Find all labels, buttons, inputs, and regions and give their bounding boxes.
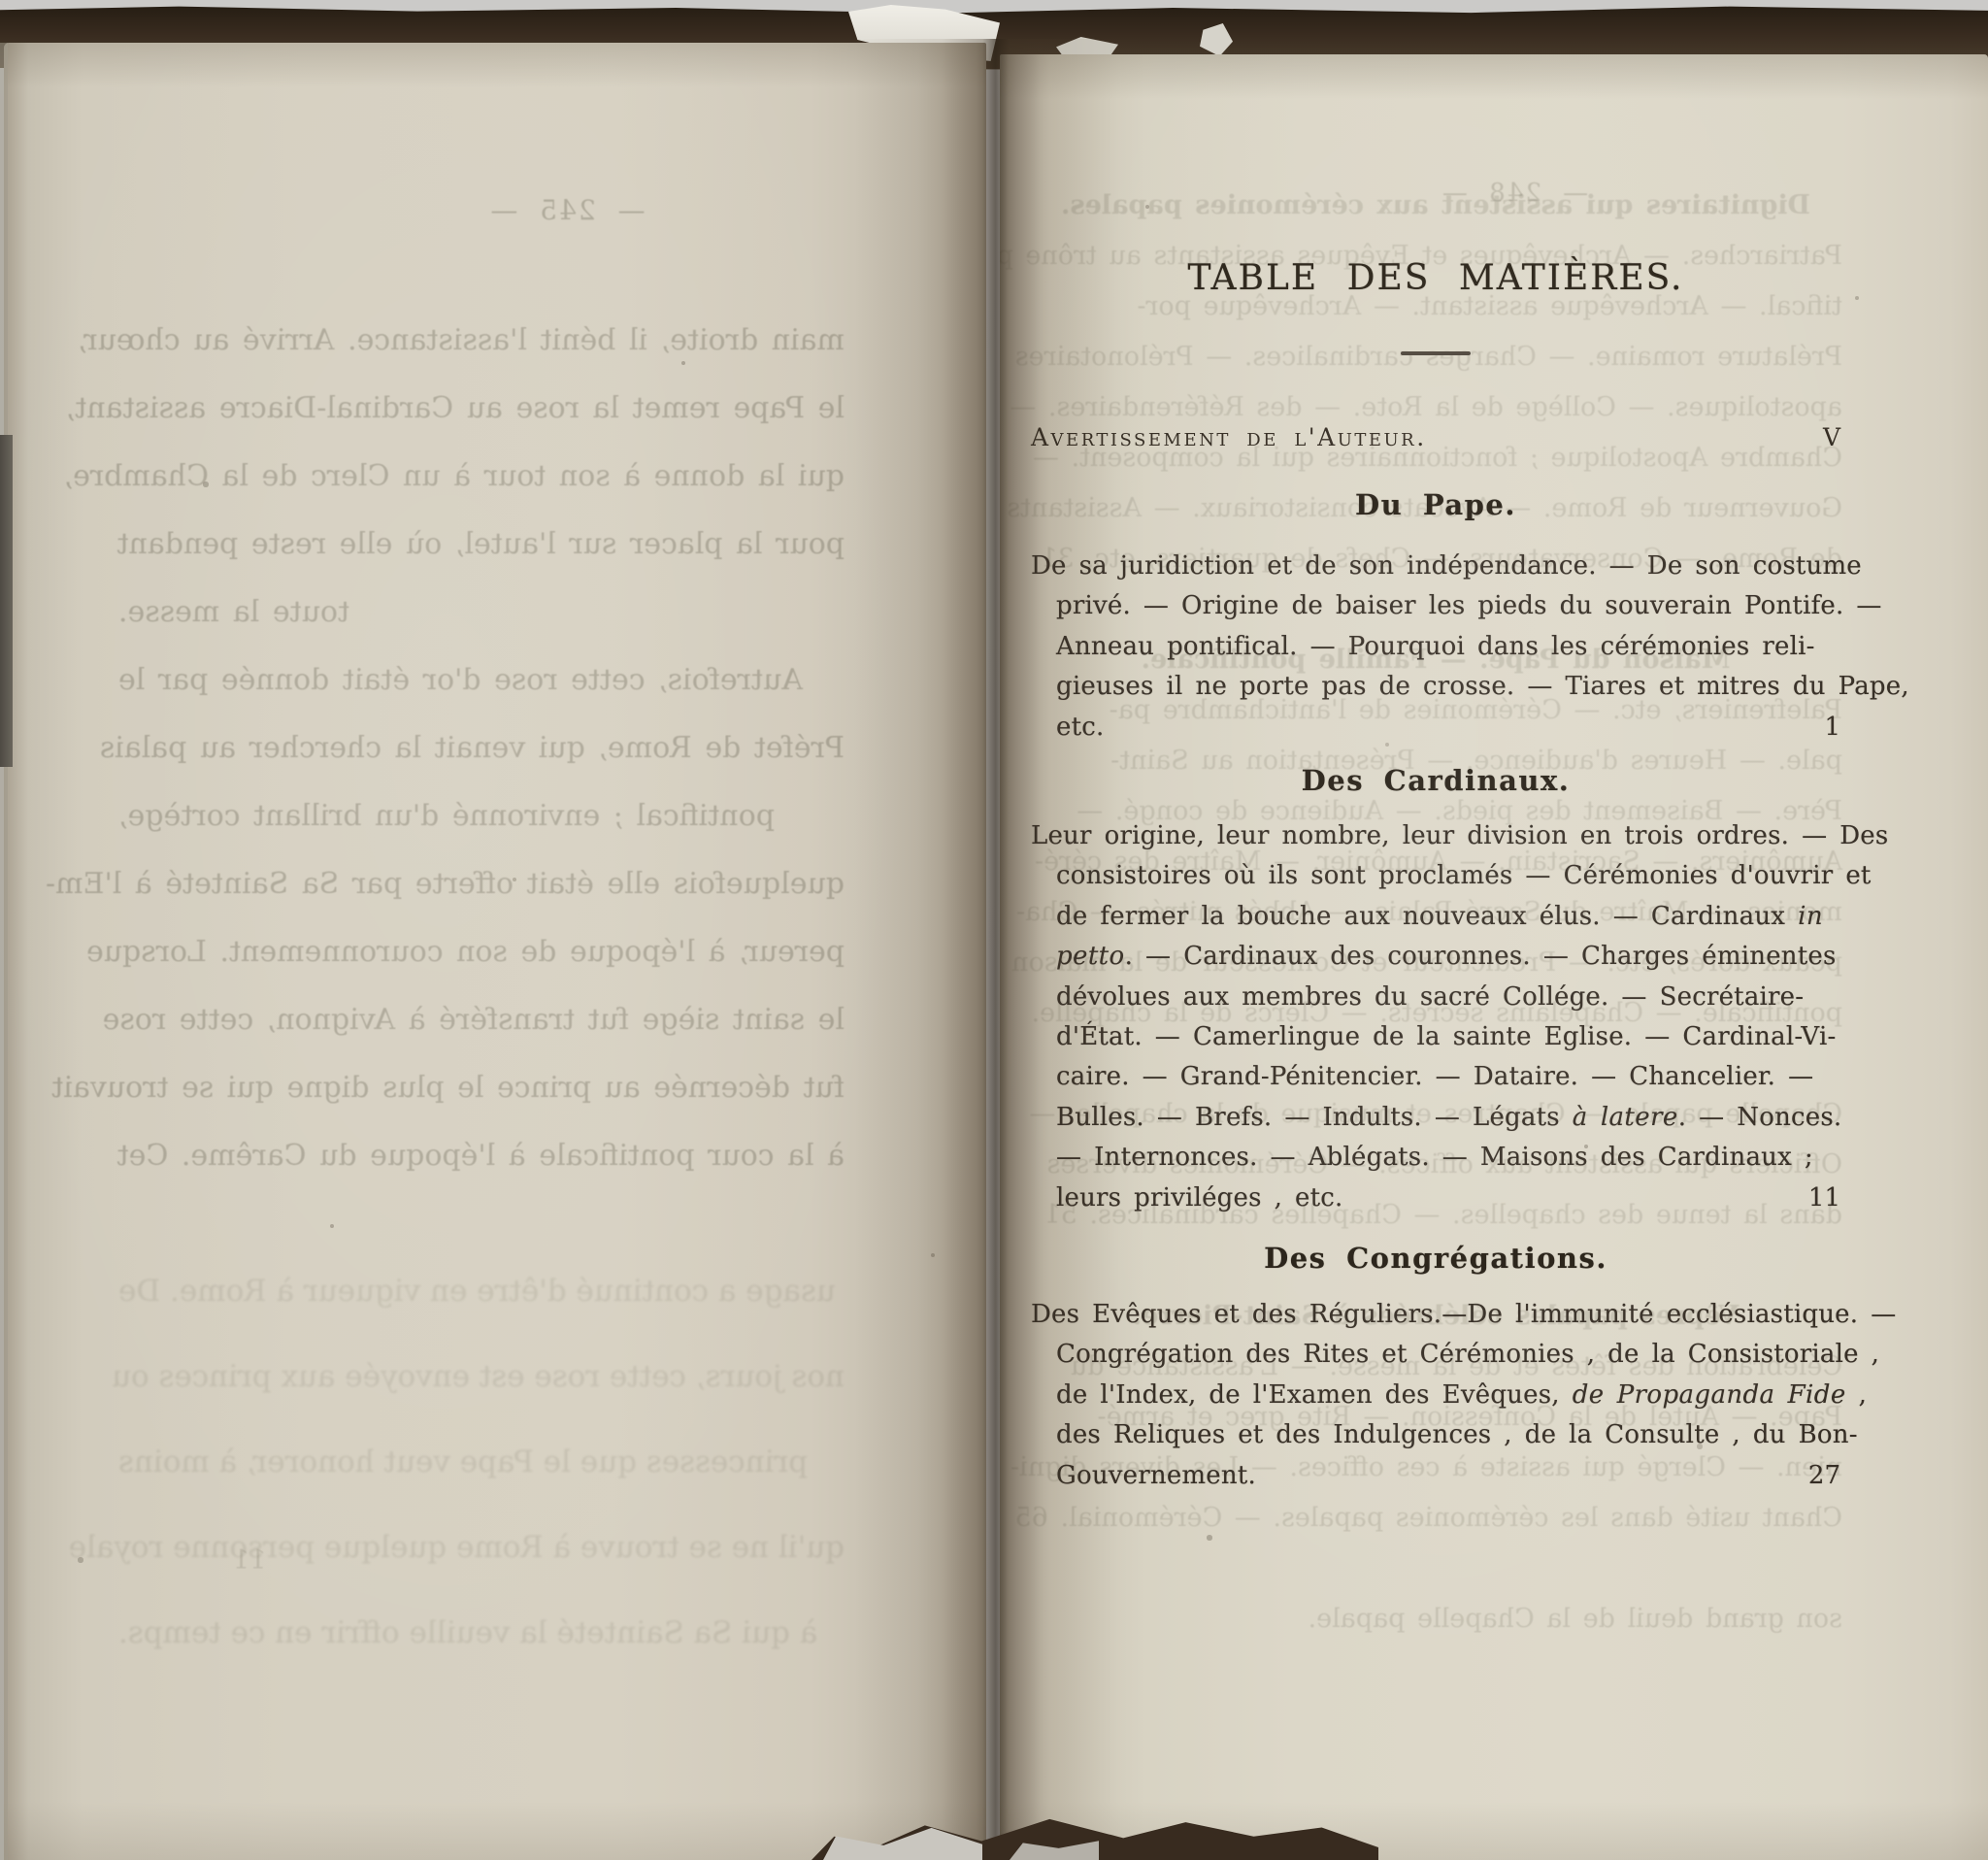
showthrough-line: son grand deuil de la Chapelle papale. [1029,1594,1842,1644]
toc-text-segment: des Reliques et des Indulgences , de la … [1056,1420,1858,1449]
showthrough-line: le saint siège fut transféré à Avignon, … [118,986,845,1054]
toc-text-segment: etc. [1056,713,1104,742]
left-page-number-showthrough: — 245 — [344,194,790,226]
toc-text-segment: leurs priviléges , etc. [1056,1183,1343,1212]
toc-text-segment: dévolues aux membres du sacré Collége. —… [1056,982,1804,1012]
page-title: TABLE DES MATIÈRES. [1031,258,1840,298]
toc-page-number: 27 [1808,1456,1840,1496]
showthrough-line: le Pape remet la rose au Cardinal-Diacre… [118,375,845,443]
showthrough-line: Autrefois, cette rose d'or était donnée … [118,647,845,714]
toc-text-segment: Leur origine, leur nombre, leur division… [1031,821,1888,850]
toc-italic-segment: de Propaganda Fide [1573,1380,1846,1410]
showthrough-line: Chant usité dans les cérémonies papales.… [1029,1493,1842,1544]
showthrough-line: à la cour pontificale à l'époque du Carê… [118,1122,845,1190]
showthrough-line: pontifical ; environné d'un brillant cor… [118,782,845,850]
toc-line: des Reliques et des Indulgences , de la … [1031,1415,1840,1455]
showthrough-line [1029,1544,1842,1594]
toc-text-segment: gieuses il ne porte pas de crosse. — Tia… [1056,672,1909,701]
toc-line: Des Evêques et des Réguliers.—De l'immun… [1031,1295,1840,1335]
right-page: — 248 — Dignitaires qui assistent aux cé… [1000,54,1988,1860]
faint-showthrough-line: nos jours, cette rose est envoyée aux pr… [118,1334,845,1419]
toc-line: etc.1 [1031,708,1840,747]
toc-line: Leur origine, leur nombre, leur division… [1031,816,1840,856]
left-page-faint-showthrough-text: usage a continué d'être en vigueur à Rom… [118,1248,845,1676]
toc-text-segment: , [1846,1380,1867,1410]
toc-text-segment: Des Evêques et des Réguliers.—De l'immun… [1031,1300,1896,1329]
faint-showthrough-line: à qui Sa Sainteté la veuille offrir en c… [118,1590,845,1676]
toc-line: leurs priviléges , etc.11 [1031,1179,1840,1218]
showthrough-line: pereur, à l'époque de son couronnement. … [118,918,845,986]
toc-line: privé. — Origine de baiser les pieds du … [1031,586,1840,626]
left-page: — 245 — main droite, il bénit l'assistan… [4,43,986,1860]
toc-italic-segment: à latere [1573,1103,1678,1132]
showthrough-line: quelquefois elle était offerte par Sa Sa… [118,850,845,918]
left-page-signature-mark-showthrough: 11 [233,1545,266,1576]
toc-text-segment: de fermer la bouche aux nouveaux élus. —… [1056,902,1798,931]
toc-text-segment: de l'Index, de l'Examen des Evêques, [1056,1380,1573,1410]
dust-specks [0,0,2,2]
showthrough-line: toute la messe. [118,579,845,647]
toc-italic-segment: petto [1056,942,1125,971]
toc-text-segment: Congrégation des Rites et Cérémonies , d… [1056,1340,1879,1369]
showthrough-line: Dignitaires qui assistent aux cérémonies… [1029,181,1842,231]
toc-text-segment: d'État. — Camerlingue de la sainte Eglis… [1056,1022,1836,1051]
toc-line: Bulles. — Brefs. — Indults. — Légats à l… [1031,1098,1840,1138]
toc-line: — Internonces. — Ablégats. — Maisons des… [1031,1138,1840,1178]
avertissement-page-number: V [1823,423,1840,451]
toc-text-segment: . — Cardinaux des couronnes. — Charges é… [1125,942,1837,971]
toc-text-segment: Anneau pontifical. — Pourquoi dans les c… [1056,632,1815,661]
toc-line: consistoires où ils sont proclamés — Cér… [1031,856,1840,896]
left-cover-edge-strip [0,435,13,767]
toc-line: dévolues aux membres du sacré Collége. —… [1031,978,1840,1017]
toc-text-segment: Gouvernement. [1056,1461,1256,1490]
toc-line: de fermer la bouche aux nouveaux élus. —… [1031,897,1840,937]
left-book-edge [0,43,8,1860]
toc-line: de l'Index, de l'Examen des Evêques, de … [1031,1376,1840,1415]
title-divider-rule [1401,351,1471,355]
toc-line: gieuses il ne porte pas de crosse. — Tia… [1031,667,1840,707]
toc-text-segment: consistoires où ils sont proclamés — Cér… [1056,861,1872,890]
showthrough-line: pour la placer sur l'autel, où elle rest… [118,511,845,579]
toc-text-segment: De sa juridiction et de son indépendance… [1031,551,1862,581]
toc-line: petto. — Cardinaux des couronnes. — Char… [1031,937,1840,977]
left-page-showthrough-text: main droite, il bénit l'assistance. Arri… [118,307,845,1190]
faint-showthrough-line: princesses que le Pape veut honorer, à m… [118,1419,845,1505]
toc-text-segment: . — Nonces. [1678,1103,1842,1132]
avertissement-entry: Avertissement de l'Auteur. V [1031,423,1840,451]
showthrough-line: Prélature romaine. — Charges cardinalice… [1029,332,1842,382]
showthrough-line: fut décernée au prince le plus digne qui… [118,1054,845,1122]
section-lines: De sa juridiction et de son indépendance… [1031,547,1840,747]
faint-showthrough-line: usage a continué d'être en vigueur à Rom… [118,1248,845,1334]
section-heading: Des Cardinaux. [1031,764,1840,797]
toc-line: caire. — Grand-Pénitencier. — Dataire. —… [1031,1057,1840,1097]
toc-line: Gouvernement.27 [1031,1456,1840,1496]
toc-line: Congrégation des Rites et Cérémonies , d… [1031,1335,1840,1375]
showthrough-line: Préfet de Rome, qui venait la chercher a… [118,714,845,782]
section-heading: Du Pape. [1031,488,1840,521]
toc-text-segment: Bulles. — Brefs. — Indults. — Légats [1056,1103,1573,1132]
toc-line: De sa juridiction et de son indépendance… [1031,547,1840,586]
toc-page-number: 11 [1808,1179,1840,1218]
faint-showthrough-line: qu'il ne se trouve à Rome quelque person… [118,1505,845,1590]
toc-page-number: 1 [1824,708,1840,747]
section-lines: Leur origine, leur nombre, leur division… [1031,816,1840,1218]
toc-italic-segment: in [1798,902,1823,931]
toc-text-segment: privé. — Origine de baiser les pieds du … [1056,591,1882,620]
toc-line: Anneau pontifical. — Pourquoi dans les c… [1031,627,1840,667]
toc-text-segment: caire. — Grand-Pénitencier. — Dataire. —… [1056,1062,1813,1091]
toc-line: d'État. — Camerlingue de la sainte Eglis… [1031,1017,1840,1057]
section-heading: Des Congrégations. [1031,1242,1840,1275]
showthrough-line: qui la donne à son tour à un Clerc de la… [118,443,845,511]
book-scan: — 245 — main droite, il bénit l'assistan… [0,0,1988,1860]
toc-text-segment: — Internonces. — Ablégats. — Maisons des… [1056,1143,1813,1172]
section-lines: Des Evêques et des Réguliers.—De l'immun… [1031,1295,1840,1496]
showthrough-line: main droite, il bénit l'assistance. Arri… [118,307,845,375]
avertissement-label: Avertissement de l'Auteur. [1031,423,1427,451]
